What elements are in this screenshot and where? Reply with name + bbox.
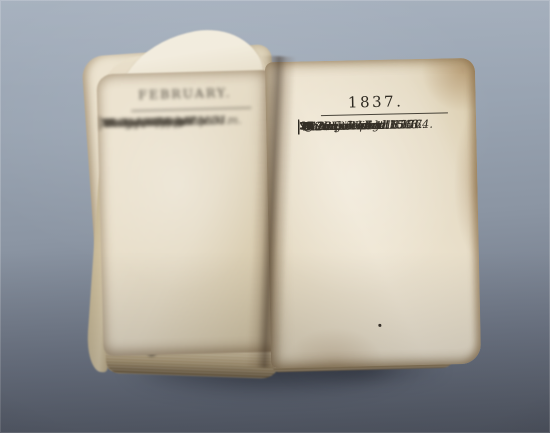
ink-speck	[378, 324, 381, 327]
year-title-rule	[321, 112, 448, 116]
right-page: 1837. 15 W 16 Th 17 F M.Ang	[265, 58, 481, 368]
month-title-rule	[131, 107, 251, 112]
right-calendar-table: 15 W 16 Th 17 F M.Angelo died.1563.	[298, 116, 470, 120]
photo-of-miniature-almanac: FEBRUARY. 1 W Sun rises 28 p.7. 2 Th Sun…	[0, 0, 550, 433]
calendar-entry: ☾ 30 p.5 m.	[298, 118, 371, 134]
year-title: 1837.	[296, 91, 456, 112]
left-calendar-table: 1 W Sun rises 28 p.7. 2 Th Sun sets 34 p…	[99, 112, 267, 116]
month-title: FEBRUARY.	[97, 84, 273, 104]
calendar-entry: St. Valentine.	[99, 114, 179, 130]
